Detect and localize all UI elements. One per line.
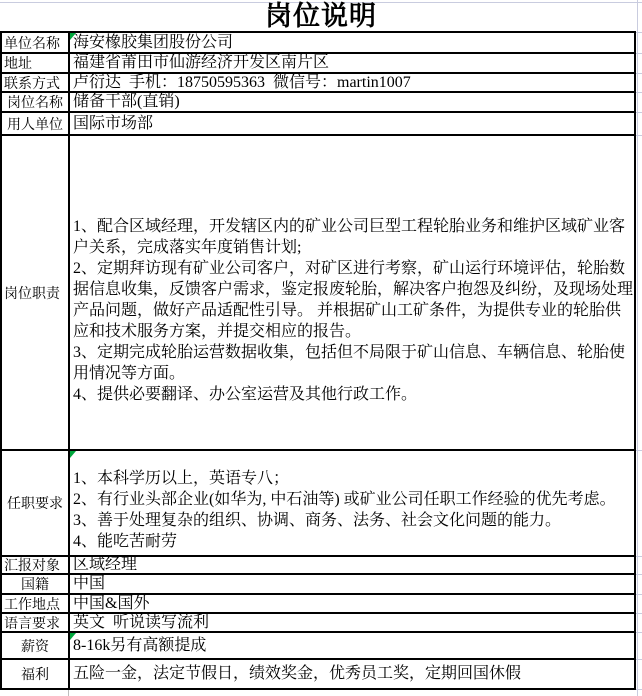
- row-label: 语言要求: [2, 614, 70, 631]
- row-value-text: 中国: [73, 574, 105, 594]
- row-value-text: 国际市场部: [73, 114, 153, 134]
- cell-error-marker-icon: [70, 451, 76, 458]
- row-value-text: 英文 听说读写流利: [73, 613, 209, 633]
- duty-item: 1、配合区域经理，开发辖区内的矿业公司巨型工程轮胎业务和维护区域矿业客户关系，完…: [73, 216, 634, 258]
- row-value-text: 海安橡胶集团股份公司: [73, 33, 233, 53]
- row-value-text: 储备干部(直销): [73, 92, 180, 112]
- table-row-job-duties: 岗位职责 1、配合区域经理，开发辖区内的矿业公司巨型工程轮胎业务和维护区域矿业客…: [2, 136, 634, 451]
- row-label: 地址: [2, 54, 70, 72]
- row-label: 工作地点: [2, 595, 70, 612]
- row-value-text: 区域经理: [73, 555, 137, 575]
- table-row-company-name: 单位名称 海安橡胶集团股份公司: [2, 33, 634, 54]
- table-row-job-requirements: 任职要求 1、本科学历以上，英语专八； 2、有行业头部企业(如华为, 中石油等)…: [2, 451, 634, 557]
- row-value: 英文 听说读写流利: [70, 614, 634, 631]
- table-row-work-location: 工作地点 中国&国外: [2, 595, 634, 614]
- row-value: 福建省莆田市仙游经济开发区南片区: [70, 54, 634, 72]
- table-row-report-to: 汇报对象 区域经理: [2, 557, 634, 575]
- row-label: 单位名称: [2, 33, 70, 52]
- row-label: 国籍: [2, 575, 70, 593]
- sheet-gridline-stub: [68, 689, 69, 696]
- table-row-language-requirement: 语言要求 英文 听说读写流利: [2, 614, 634, 633]
- row-label: 任职要求: [2, 451, 70, 555]
- row-value: 中国: [70, 575, 634, 593]
- row-label: 薪资: [2, 633, 70, 658]
- requirement-item: 3、善于处理复杂的组织、协调、商务、法务、社会文化问题的能力。: [73, 510, 561, 531]
- table-row-address: 地址 福建省莆田市仙游经济开发区南片区: [2, 54, 634, 74]
- row-value-text: 福建省莆田市仙游经济开发区南片区: [73, 53, 329, 73]
- requirement-item: 4、能吃苦耐劳: [73, 531, 177, 552]
- job-description-table: 单位名称 海安橡胶集团股份公司 地址 福建省莆田市仙游经济开发区南片区 联系方式…: [0, 31, 636, 690]
- requirement-item: 2、有行业头部企业(如华为, 中石油等) 或矿业公司任职工作经验的优先考虑。: [73, 489, 616, 510]
- row-label: 用人单位: [2, 113, 70, 134]
- row-value-text: 五险一金，法定节假日，绩效奖金，优秀员工奖，定期回国休假: [73, 664, 521, 684]
- row-value: 海安橡胶集团股份公司: [70, 33, 634, 52]
- row-value: 储备干部(直销): [70, 93, 634, 111]
- row-value: 卢衍达 手机：18750595363 微信号：martin1007: [70, 74, 634, 91]
- row-value: 区域经理: [70, 557, 634, 573]
- row-label: 岗位职责: [2, 136, 70, 449]
- row-value: 五险一金，法定节假日，绩效奖金，优秀员工奖，定期回国休假: [70, 660, 634, 688]
- page-title: 岗位说明: [0, 0, 642, 31]
- table-row-benefits: 福利 五险一金，法定节假日，绩效奖金，优秀员工奖，定期回国休假: [2, 660, 634, 688]
- row-label: 联系方式: [2, 74, 70, 91]
- row-value: 中国&国外: [70, 595, 634, 612]
- row-value-text: 卢衍达 手机：18750595363 微信号：martin1007: [73, 73, 411, 93]
- table-row-nationality: 国籍 中国: [2, 575, 634, 595]
- row-value-text: 8-16k另有高额提成: [73, 636, 206, 656]
- row-value-text: 中国&国外: [73, 594, 149, 614]
- table-row-salary: 薪资 8-16k另有高额提成: [2, 633, 634, 660]
- sheet-gridline-stub: [636, 32, 642, 33]
- row-label: 岗位名称: [2, 93, 70, 111]
- row-label: 福利: [2, 660, 70, 688]
- duty-item: 4、提供必要翻译、办公室运营及其他行政工作。: [73, 384, 417, 405]
- table-row-hiring-department: 用人单位 国际市场部: [2, 113, 634, 136]
- duty-item: 2、定期拜访现有矿业公司客户，对矿区进行考察，矿山运行环境评估，轮胎数据信息收集…: [73, 258, 634, 342]
- requirement-item: 1、本科学历以上，英语专八；: [73, 468, 289, 489]
- duty-item: 3、定期完成轮胎运营数据收集，包括但不局限于矿山信息、车辆信息、轮胎使用情况等方…: [73, 342, 634, 384]
- row-value: 8-16k另有高额提成: [70, 633, 634, 658]
- sheet-gridline-right: [637, 0, 638, 696]
- row-label: 汇报对象: [2, 557, 70, 573]
- table-row-contact: 联系方式 卢衍达 手机：18750595363 微信号：martin1007: [2, 74, 634, 93]
- row-value: 1、本科学历以上，英语专八； 2、有行业头部企业(如华为, 中石油等) 或矿业公…: [70, 451, 634, 555]
- row-value: 1、配合区域经理，开发辖区内的矿业公司巨型工程轮胎业务和维护区域矿业客户关系，完…: [70, 136, 634, 449]
- table-row-position-name: 岗位名称 储备干部(直销): [2, 93, 634, 113]
- row-value: 国际市场部: [70, 113, 634, 134]
